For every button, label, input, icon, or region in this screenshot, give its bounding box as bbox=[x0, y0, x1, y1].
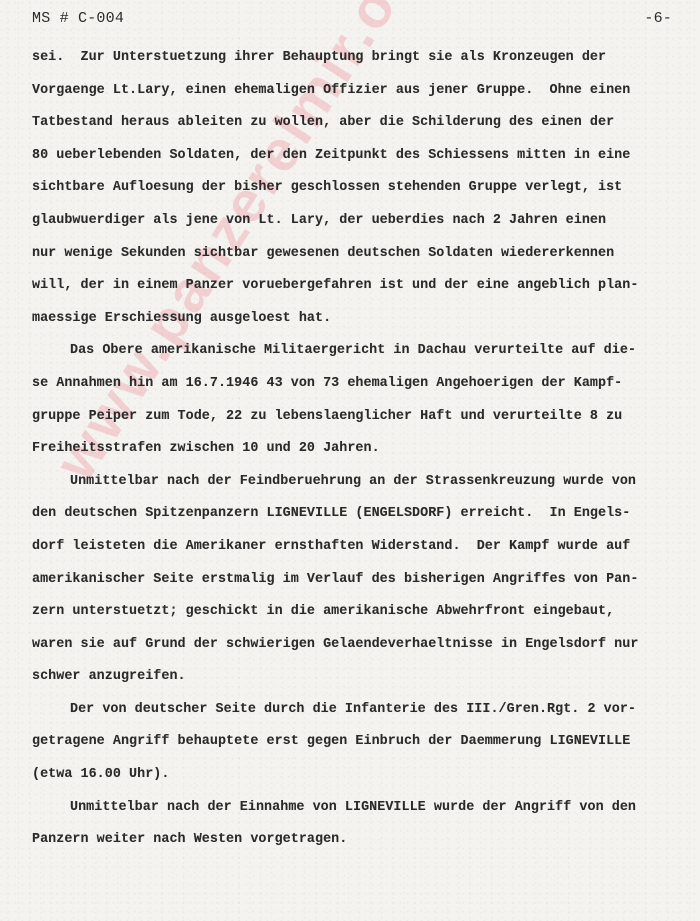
text-line: schwer anzugreifen. bbox=[32, 661, 672, 694]
text-line: sei. Zur Unterstuetzung ihrer Behauptung… bbox=[32, 42, 672, 75]
text-line: maessige Erschiessung ausgeloest hat. bbox=[32, 303, 672, 336]
text-line: Vorgaenge Lt.Lary, einen ehemaligen Offi… bbox=[32, 75, 672, 108]
text-line: den deutschen Spitzenpanzern LIGNEVILLE … bbox=[32, 498, 672, 531]
document-page: www.panzerelmir.org MS # C-004 -6- sei. … bbox=[0, 0, 700, 921]
text-line: Unmittelbar nach der Einnahme von LIGNEV… bbox=[32, 792, 672, 825]
text-line: (etwa 16.00 Uhr). bbox=[32, 759, 672, 792]
document-id: MS # C-004 bbox=[32, 10, 124, 27]
text-line: Tatbestand heraus ableiten zu wollen, ab… bbox=[32, 107, 672, 140]
text-line: 80 ueberlebenden Soldaten, der den Zeitp… bbox=[32, 140, 672, 173]
text-line: Freiheitsstrafen zwischen 10 und 20 Jahr… bbox=[32, 433, 672, 466]
paragraph: Unmittelbar nach der Feindberuehrung an … bbox=[32, 466, 672, 694]
text-line: will, der in einem Panzer voruebergefahr… bbox=[32, 270, 672, 303]
paragraph: Der von deutscher Seite durch die Infant… bbox=[32, 694, 672, 792]
text-line: glaubwuerdiger als jene von Lt. Lary, de… bbox=[32, 205, 672, 238]
text-line: waren sie auf Grund der schwierigen Gela… bbox=[32, 629, 672, 662]
text-line: Panzern weiter nach Westen vorgetragen. bbox=[32, 824, 672, 857]
text-line: nur wenige Sekunden sichtbar gewesenen d… bbox=[32, 238, 672, 271]
page-header: MS # C-004 -6- bbox=[32, 10, 672, 30]
text-line: Der von deutscher Seite durch die Infant… bbox=[32, 694, 672, 727]
text-line: dorf leisteten die Amerikaner ernsthafte… bbox=[32, 531, 672, 564]
page-number: -6- bbox=[644, 10, 672, 27]
document-body: sei. Zur Unterstuetzung ihrer Behauptung… bbox=[32, 42, 672, 857]
text-line: Das Obere amerikanische Militaergericht … bbox=[32, 335, 672, 368]
paragraph: Unmittelbar nach der Einnahme von LIGNEV… bbox=[32, 792, 672, 857]
text-line: zern unterstuetzt; geschickt in die amer… bbox=[32, 596, 672, 629]
text-line: Unmittelbar nach der Feindberuehrung an … bbox=[32, 466, 672, 499]
text-line: sichtbare Aufloesung der bisher geschlos… bbox=[32, 172, 672, 205]
text-line: gruppe Peiper zum Tode, 22 zu lebenslaen… bbox=[32, 401, 672, 434]
text-line: getragene Angriff behauptete erst gegen … bbox=[32, 726, 672, 759]
paragraph: sei. Zur Unterstuetzung ihrer Behauptung… bbox=[32, 42, 672, 335]
text-line: amerikanischer Seite erstmalig im Verlau… bbox=[32, 564, 672, 597]
text-line: se Annahmen hin am 16.7.1946 43 von 73 e… bbox=[32, 368, 672, 401]
paragraph: Das Obere amerikanische Militaergericht … bbox=[32, 335, 672, 465]
